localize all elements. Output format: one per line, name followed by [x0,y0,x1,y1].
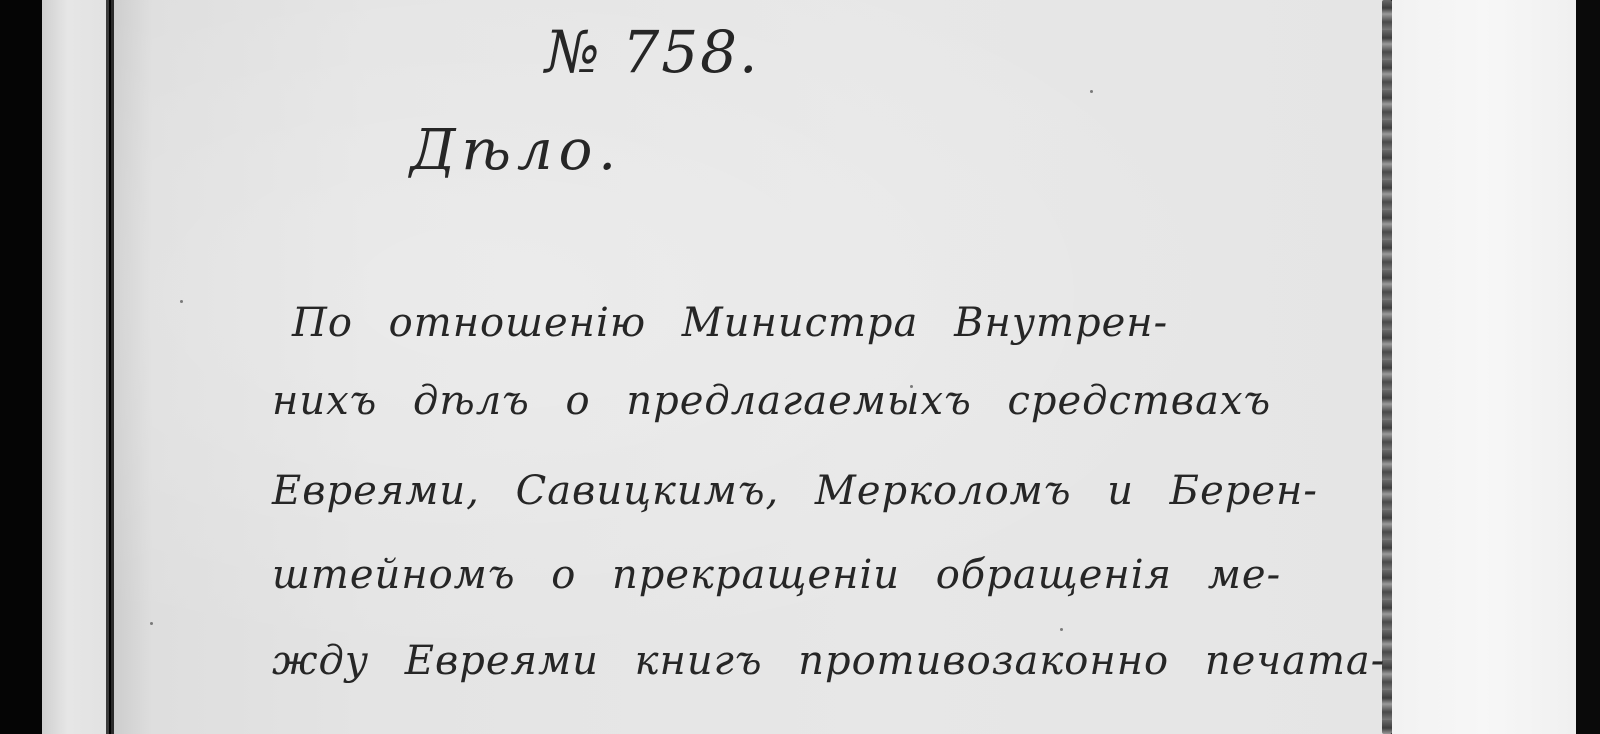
document-label: Дѣло. [410,118,622,183]
scan-left-border [0,0,42,734]
margin-rule-line [106,0,109,734]
text-line-4: штейномъ о прекращеніи обращенія ме- [272,552,1281,598]
document-number: № 758. [545,18,759,86]
page-torn-edge [1382,0,1392,734]
scan-right-border [1576,0,1600,734]
speck [1090,90,1093,93]
text-line-3: Евреями, Савицкимъ, Мерколомъ и Берен- [272,468,1318,514]
text-line-1: По отношенію Министра Внутрен- [292,300,1168,346]
speck [1060,628,1063,631]
speck [180,300,183,303]
speck [910,385,913,388]
text-line-2: нихъ дѣлъ о предлагаемыхъ средствахъ [272,378,1271,424]
page-left-margin [42,0,106,734]
scan-blank-area [1392,0,1576,734]
manuscript-page [114,0,1390,734]
text-line-5: жду Евреями книгъ противозаконно печата- [272,638,1385,684]
speck [150,622,153,625]
